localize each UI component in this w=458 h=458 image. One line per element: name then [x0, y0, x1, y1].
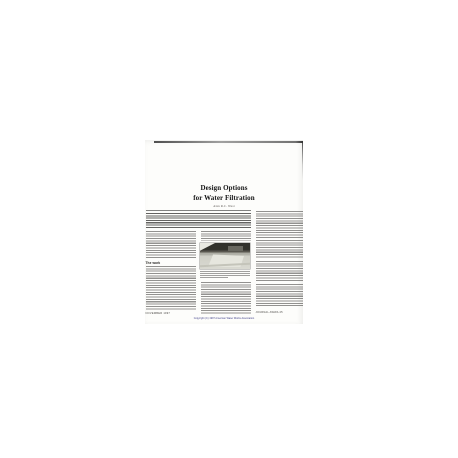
column3-text-block-2	[256, 240, 303, 259]
article-title: Design Options for Water Filtration	[145, 184, 303, 203]
section-heading: The work	[146, 261, 161, 265]
page-top-edge-line	[154, 141, 303, 143]
photo-caption-lines	[200, 271, 250, 277]
column3-text-block-1	[256, 211, 303, 238]
column3-text-block-4	[256, 284, 303, 307]
photo-pond-shape	[228, 246, 243, 251]
column2-text-block-2	[201, 282, 251, 315]
photo-caption-last-line	[200, 277, 228, 279]
page-right-edge-line	[302, 142, 303, 180]
footer-journal-page-number: JOURNAL AWWA 45	[256, 311, 303, 314]
column3-text-block-3	[256, 261, 303, 282]
footer-issue-date: NOVEMBER 1997	[146, 312, 171, 315]
photo-sky-patch	[200, 243, 215, 251]
intro-paragraph-text	[146, 213, 251, 229]
copyright-line: Copyright (C) 1997 American Water Works …	[145, 317, 303, 320]
aerial-view-water-treatment-plant-photo	[200, 243, 250, 269]
article-title-line-1: Design Options	[145, 184, 303, 194]
column1-text-block-1	[146, 231, 196, 258]
intro-divider-rule	[146, 210, 251, 211]
column1-text-block-2	[146, 266, 196, 310]
article-title-line-2: for Water Filtration	[145, 194, 303, 204]
author-byline: Alan R.C. West	[145, 204, 303, 208]
column2-text-block-1	[201, 231, 251, 241]
screenshot-canvas: Design Options for Water Filtration Alan…	[0, 0, 458, 458]
